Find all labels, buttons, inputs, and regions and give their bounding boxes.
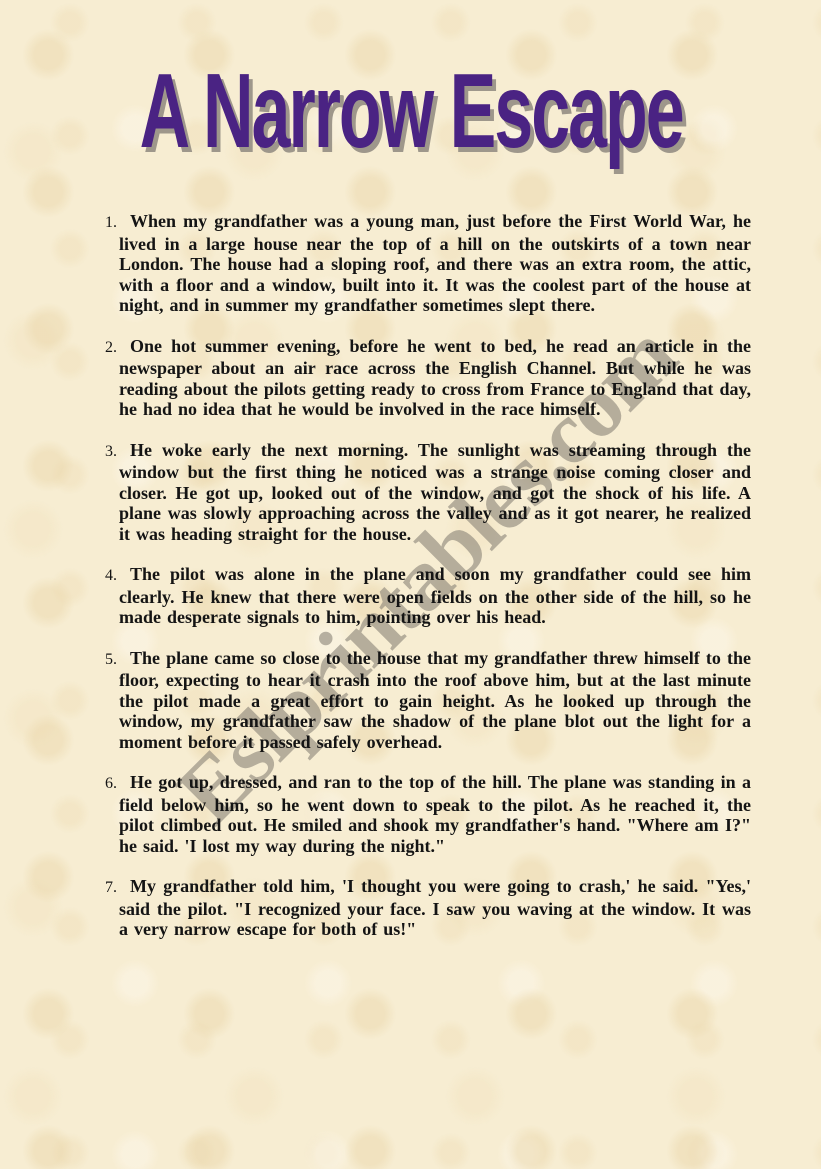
paragraph-6: 6.He got up, dressed, and ran to the top… bbox=[105, 772, 751, 856]
paragraph-5: 5.The plane came so close to the house t… bbox=[105, 648, 751, 753]
paragraph-3: 3.He woke early the next morning. The su… bbox=[105, 440, 751, 545]
paragraph-text: He got up, dressed, and ran to the top o… bbox=[119, 772, 751, 856]
paragraph-number: 2. bbox=[105, 339, 117, 356]
paragraph-text: He woke early the next morning. The sunl… bbox=[119, 440, 751, 544]
worksheet-page: Eslprintables.com A Narrow Escape 1.When… bbox=[0, 0, 821, 1169]
paragraph-4: 4.The pilot was alone in the plane and s… bbox=[105, 564, 751, 628]
paragraph-1: 1.When my grandfather was a young man, j… bbox=[105, 211, 751, 316]
paragraph-number: 6. bbox=[105, 775, 117, 792]
paragraph-text: One hot summer evening, before he went t… bbox=[119, 336, 751, 420]
paragraph-number: 3. bbox=[105, 443, 117, 460]
page-title: A Narrow Escape bbox=[140, 58, 682, 164]
paragraph-7: 7.My grandfather told him, 'I thought yo… bbox=[105, 876, 751, 940]
paragraph-number: 1. bbox=[105, 214, 117, 231]
story-text: 1.When my grandfather was a young man, j… bbox=[105, 211, 751, 940]
paragraph-text: The plane came so close to the house tha… bbox=[119, 648, 751, 752]
paragraph-number: 7. bbox=[105, 879, 117, 896]
paragraph-text: When my grandfather was a young man, jus… bbox=[119, 211, 751, 315]
paragraph-text: The pilot was alone in the plane and soo… bbox=[119, 564, 751, 627]
paragraph-2: 2.One hot summer evening, before he went… bbox=[105, 336, 751, 420]
paragraph-number: 4. bbox=[105, 567, 117, 584]
paragraph-number: 5. bbox=[105, 651, 117, 668]
paragraph-text: My grandfather told him, 'I thought you … bbox=[119, 876, 751, 939]
